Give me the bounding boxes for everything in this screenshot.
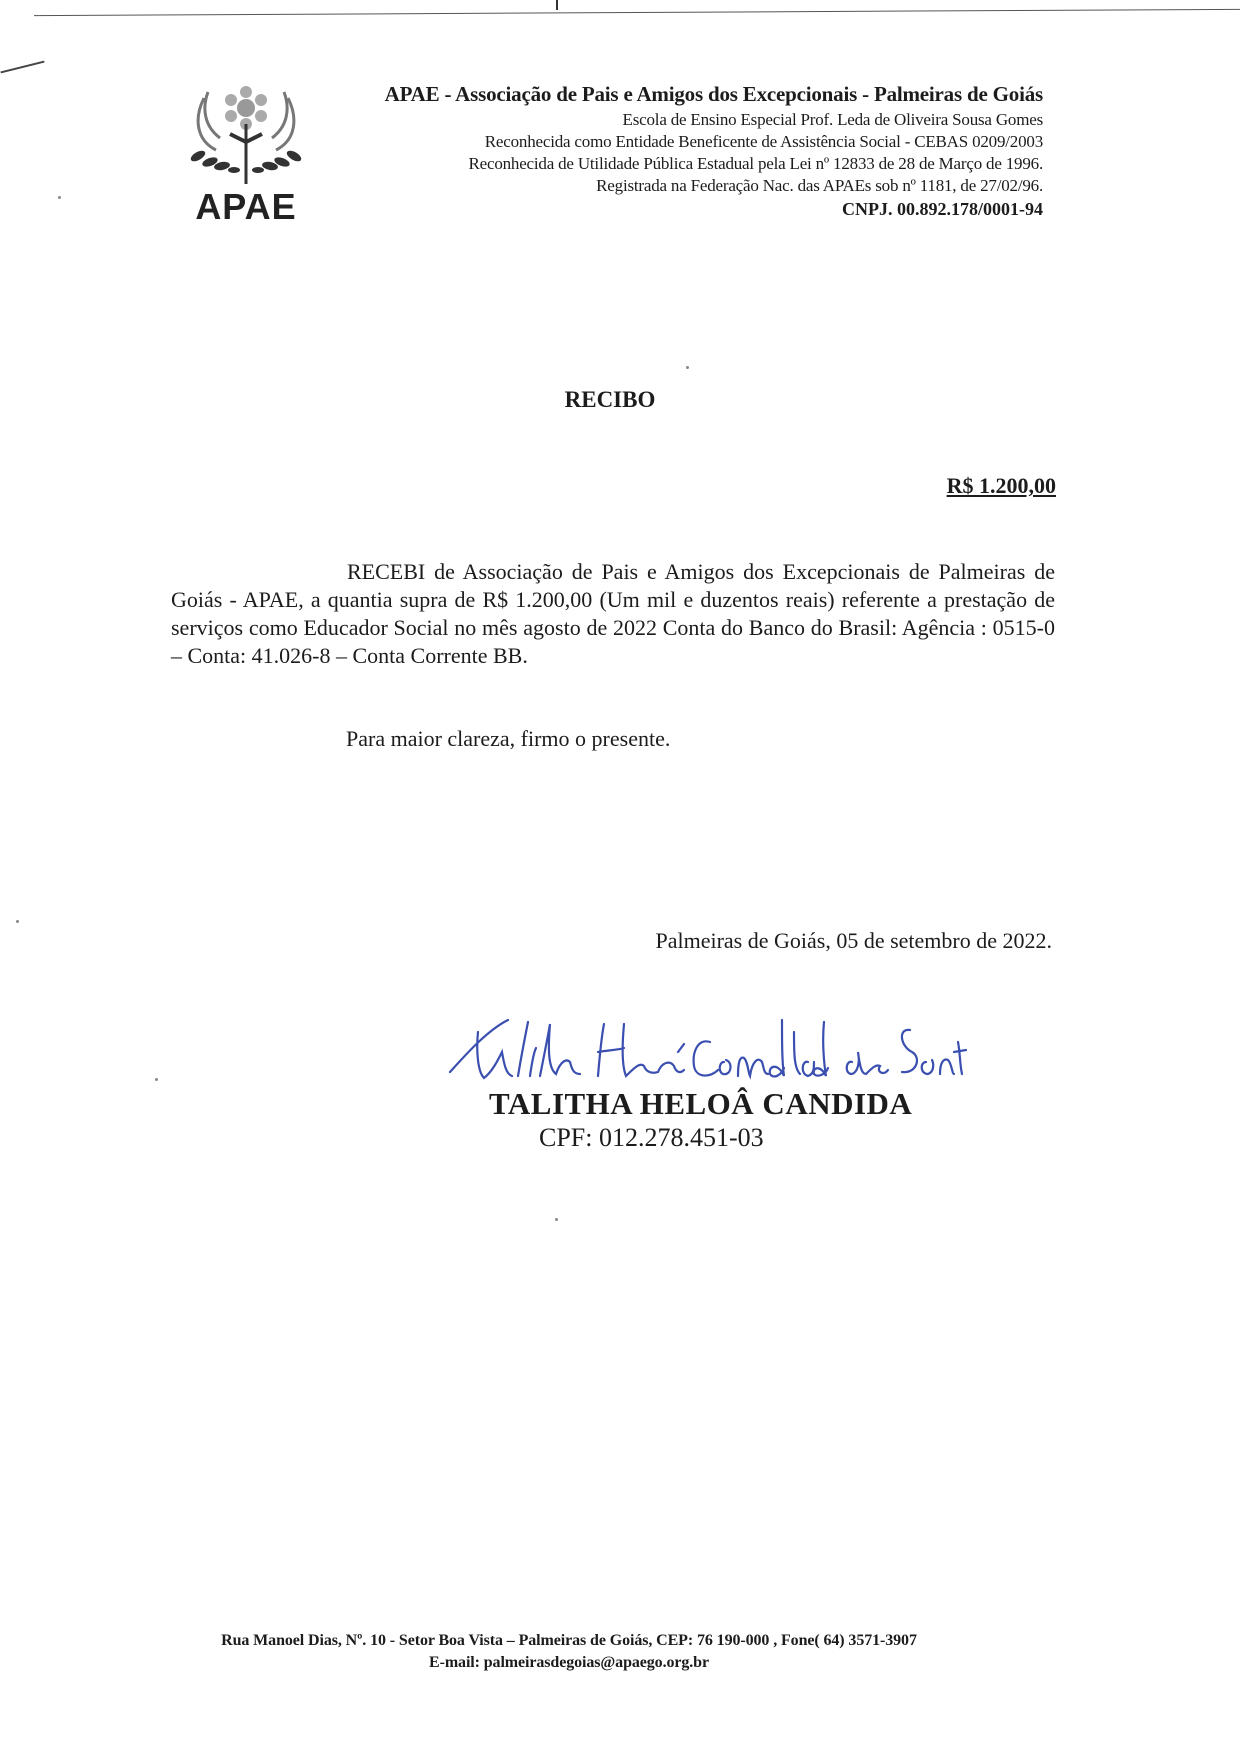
letterhead-line: Registrada na Federação Nac. das APAEs s… bbox=[385, 175, 1043, 197]
letterhead: APAE - Associação de Pais e Amigos dos E… bbox=[385, 82, 1043, 221]
document-title: RECIBO bbox=[0, 387, 1220, 413]
place-and-date: Palmeiras de Goiás, 05 de setembro de 20… bbox=[655, 928, 1052, 954]
cnpj: CNPJ. 00.892.178/0001-94 bbox=[385, 197, 1043, 221]
clarity-statement: Para maior clareza, firmo o presente. bbox=[346, 726, 670, 752]
footer-email: E-mail: palmeirasdegoias@apaego.org.br bbox=[154, 1652, 984, 1674]
scan-speck bbox=[58, 196, 61, 199]
signer-name: TALITHA HELOÂ CANDIDA bbox=[489, 1086, 912, 1122]
footer: Rua Manoel Dias, Nº. 10 - Setor Boa Vist… bbox=[154, 1630, 984, 1674]
handwritten-signature bbox=[448, 1012, 968, 1092]
footer-address: Rua Manoel Dias, Nº. 10 - Setor Boa Vist… bbox=[154, 1630, 984, 1652]
apae-logo: APAE bbox=[186, 78, 306, 228]
receipt-amount: R$ 1.200,00 bbox=[947, 473, 1056, 499]
logo-text: APAE bbox=[186, 186, 306, 228]
scan-speck bbox=[155, 1078, 158, 1081]
receipt-body-text: RECEBI de Associação de Pais e Amigos do… bbox=[171, 559, 1055, 668]
scan-speck bbox=[16, 920, 19, 923]
scan-edge-tick bbox=[556, 0, 558, 10]
letterhead-line: Reconhecida como Entidade Beneficente de… bbox=[385, 131, 1043, 153]
scan-speck bbox=[555, 1218, 558, 1221]
scan-mark bbox=[0, 61, 44, 74]
receipt-body: RECEBI de Associação de Pais e Amigos do… bbox=[171, 558, 1055, 670]
letterhead-line: Escola de Ensino Especial Prof. Leda de … bbox=[385, 109, 1043, 131]
signer-cpf: CPF: 012.278.451-03 bbox=[539, 1123, 764, 1153]
letterhead-line: Reconhecida de Utilidade Pública Estadua… bbox=[385, 153, 1043, 175]
flower-hands-icon bbox=[186, 78, 306, 186]
organization-name: APAE - Associação de Pais e Amigos dos E… bbox=[385, 82, 1043, 107]
scan-edge-line bbox=[34, 9, 1240, 16]
scan-speck bbox=[686, 366, 689, 369]
